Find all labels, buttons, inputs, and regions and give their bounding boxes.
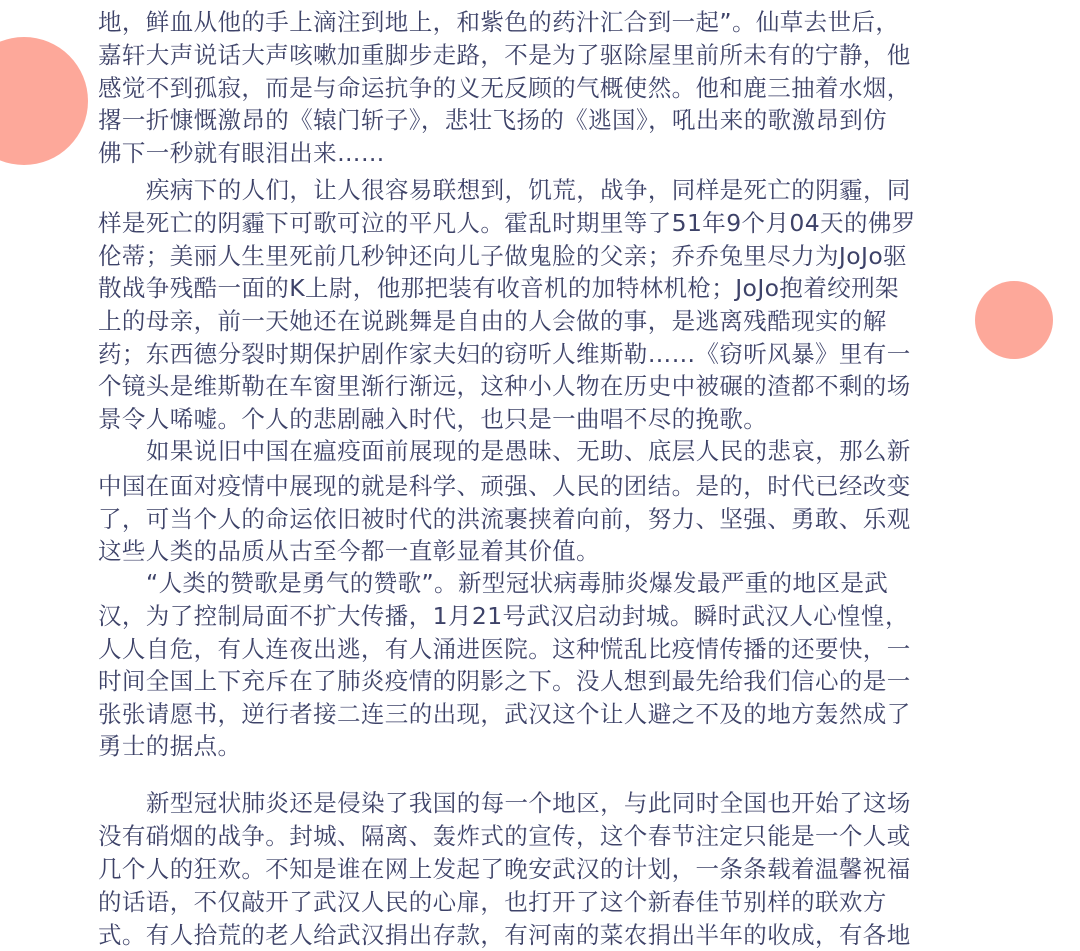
- paragraph-first-line: 新型冠状肺炎还是侵染了我国的每一个地区，与此同时全国也开始了这场: [146, 787, 911, 819]
- paragraph-first-line: 疾病下的人们，让人很容易联想到，饥荒，战争，同样是死亡的阴霾，同: [146, 174, 911, 206]
- text-line: 人人自危，有人连夜出逃，有人涌进医院。这种慌乱比疫情传播的还要快，一: [98, 633, 911, 665]
- text-line: 药；东西德分裂时期保护剧作家夫妇的窃听人维斯勒……《窃听风暴》里有一: [98, 338, 911, 370]
- text-line: 伦蒂；美丽人生里死前几秒钟还向儿子做鬼脸的父亲；乔乔兔里尽力为JoJo驱: [98, 240, 907, 272]
- text-line: 景令人唏嘘。个人的悲剧融入时代，也只是一曲唱不尽的挽歌。: [98, 403, 767, 435]
- text-line: 样是死亡的阴霾下可歌可泣的平凡人。霍乱时期里等了51年9个月04天的佛罗: [98, 207, 916, 239]
- text-line: 中国在面对疫情中展现的就是科学、顽强、人民的团结。是的，时代已经改变: [98, 470, 911, 502]
- text-line: 感觉不到孤寂，而是与命运抗争的义无反顾的气概使然。他和鹿三抽着水烟，: [98, 72, 911, 104]
- text-line: 式。有人拾荒的老人给武汉捐出存款，有河南的菜农捐出半年的收成，有各地: [98, 919, 911, 951]
- text-line: 汉，为了控制局面不扩大传播，1月21号武汉启动封城。瞬时武汉人心惶惶，: [98, 600, 909, 632]
- text-line: 嘉轩大声说话大声咳嗽加重脚步走路，不是为了驱除屋里前所未有的宁静，他: [98, 39, 911, 71]
- text-line: 地，鲜血从他的手上滴注到地上，和紫色的药汁汇合到一起”。仙草去世后，: [98, 6, 899, 38]
- text-line: 几个人的狂欢。不知是谁在网上发起了晚安武汉的计划，一条条载着温馨祝福: [98, 853, 911, 885]
- text-line: 佛下一秒就有眼泪出来……: [98, 137, 385, 169]
- decorative-circle-right: [975, 281, 1053, 359]
- text-line: 这些人类的品质从古至今都一直彰显着其价值。: [98, 535, 600, 567]
- text-line: 的话语，不仅敲开了武汉人民的心扉，也打开了这个新春佳节别样的联欢方: [98, 886, 887, 918]
- text-line: 撂一折慷慨激昂的《辕门斩子》，悲壮飞扬的《逃国》，吼出来的歌激昂到仿: [98, 104, 887, 136]
- paragraph-first-line: 如果说旧中国在瘟疫面前展现的是愚昧、无助、底层人民的悲哀，那么新: [146, 435, 911, 467]
- decorative-circle-left: [0, 37, 88, 165]
- text-line: 没有硝烟的战争。封城、隔离、轰炸式的宣传，这个春节注定只能是一个人或: [98, 820, 911, 852]
- text-line: 个镜头是维斯勒在车窗里渐行渐远，这种小人物在历史中被碾的渣都不剩的场: [98, 370, 911, 402]
- text-line: 散战争残酷一面的K上尉，他那把装有收音机的加特林机枪；JoJo抱着绞刑架: [98, 272, 899, 304]
- paragraph-first-line: “人类的赞歌是勇气的赞歌”。新型冠状病毒肺炎爆发最严重的地区是武: [146, 567, 888, 599]
- text-line: 上的母亲，前一天她还在说跳舞是自由的人会做的事，是逃离残酷现实的解: [98, 305, 887, 337]
- text-line: 了，可当个人的命运依旧被时代的洪流裹挟着向前，努力、坚强、勇敢、乐观: [98, 503, 911, 535]
- text-line: 时间全国上下充斥在了肺炎疫情的阴影之下。没人想到最先给我们信心的是一: [98, 665, 911, 697]
- text-line: 勇士的据点。: [98, 730, 241, 762]
- text-line: 张张请愿书，逆行者接二连三的出现，武汉这个让人避之不及的地方轰然成了: [98, 698, 911, 730]
